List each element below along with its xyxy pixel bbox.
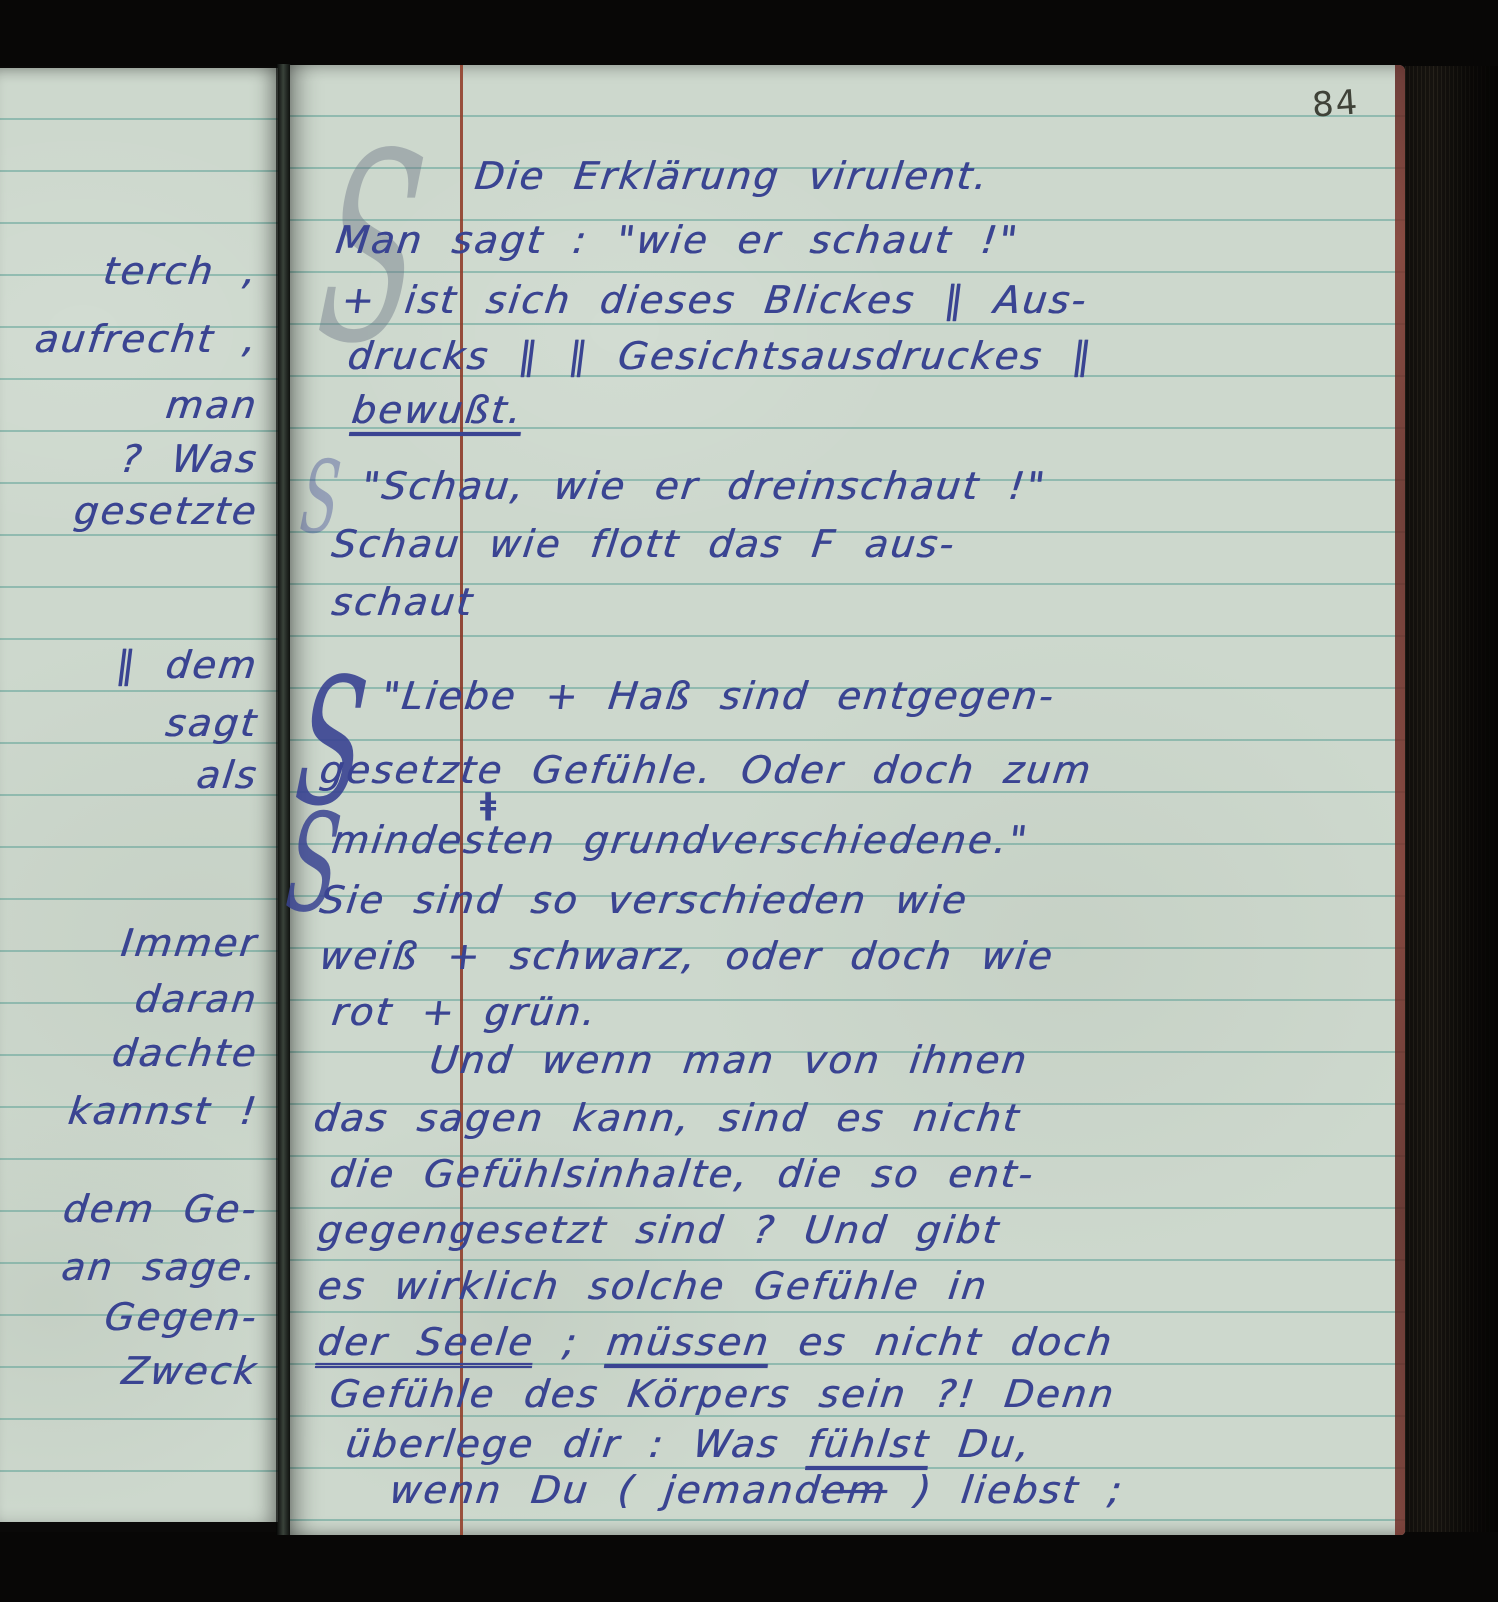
handwriting-line: weiß + schwarz, oder doch wie	[318, 937, 1057, 975]
page-edge-stain	[1395, 65, 1405, 1535]
left-page-fragment: als	[0, 756, 264, 794]
handwriting-line: + ist sich dieses Blickes ∥ Aus-	[340, 281, 1090, 319]
left-page-fragment: gesetzte	[0, 492, 264, 530]
handwriting-line: wenn Du ( jemandem ) liebst ;	[388, 1471, 1126, 1509]
handwriting-line: das sagen kann, sind es nicht	[312, 1099, 1023, 1137]
handwriting-line: mindesten grundverschiedene."	[330, 821, 1031, 859]
handwriting-line: überlege dir : Was fühlst Du,	[344, 1425, 1034, 1463]
handwriting-line: der Seele ; müssen es nicht doch	[316, 1323, 1116, 1361]
leather-spine	[1405, 0, 1498, 1602]
handwriting-line: Gefühle des Körpers sein ?! Denn	[328, 1375, 1118, 1413]
handwriting-line: "Schau, wie er dreinschaut !"	[360, 467, 1049, 505]
notebook-scan: terch , aufrecht , man ? Was gesetzte ∥ …	[0, 0, 1498, 1602]
handwriting-line: "Liebe + Haß sind entgegen-	[380, 677, 1058, 715]
left-page-fragment: terch ,	[0, 252, 264, 290]
left-page-fragment: Immer	[0, 924, 264, 962]
right-page: 84 S S S S ǂ Die Erklärung virulent. Man…	[290, 65, 1405, 1535]
left-page: terch , aufrecht , man ? Was gesetzte ∥ …	[0, 68, 278, 1522]
insertion-mark: ǂ	[480, 787, 496, 822]
left-page-fragment: Gegen-	[0, 1298, 264, 1336]
cover-edge-top	[0, 0, 1498, 66]
left-page-fragment: Zweck	[0, 1352, 264, 1390]
handwriting-line: bewußt.	[350, 391, 526, 429]
left-page-fragment: man	[0, 386, 264, 424]
handwriting-line: Die Erklärung virulent.	[473, 157, 992, 195]
handwriting-line: rot + grün.	[330, 993, 600, 1031]
handwriting-line: Sie sind so verschieden wie	[318, 881, 971, 919]
handwriting-line: gegengesetzt sind ? Und gibt	[316, 1211, 1003, 1249]
left-page-fragment: dem Ge-	[0, 1190, 264, 1228]
handwriting-line: Und wenn man von ihnen	[428, 1041, 1031, 1079]
left-page-fragment: daran	[0, 980, 264, 1018]
left-page-fragment: ∥ dem	[0, 646, 264, 684]
handwriting-line: schaut	[330, 583, 477, 621]
left-page-fragment: ? Was	[0, 440, 264, 478]
left-page-fragment: sagt	[0, 704, 264, 742]
handwriting-line: es wirklich solche Gefühle in	[316, 1267, 991, 1305]
handwriting-line: gesetzte Gefühle. Oder doch zum	[318, 751, 1095, 789]
handwriting-line: Schau wie flott das F aus-	[330, 525, 958, 563]
left-page-fragment: kannst !	[0, 1092, 264, 1130]
left-page-fragment: an sage.	[0, 1248, 264, 1286]
cover-edge-bottom	[0, 1532, 1498, 1602]
page-number: 84	[1311, 82, 1361, 125]
left-page-fragment: dachte	[0, 1034, 264, 1072]
handwriting-line: drucks ∥ ∥ Gesichtsausdruckes ∥	[346, 337, 1096, 375]
handwriting-line: Man sagt : "wie er schaut !"	[334, 221, 1021, 259]
left-page-fragment: aufrecht ,	[0, 320, 264, 358]
handwriting-line: die Gefühlsinhalte, die so ent-	[328, 1155, 1037, 1193]
